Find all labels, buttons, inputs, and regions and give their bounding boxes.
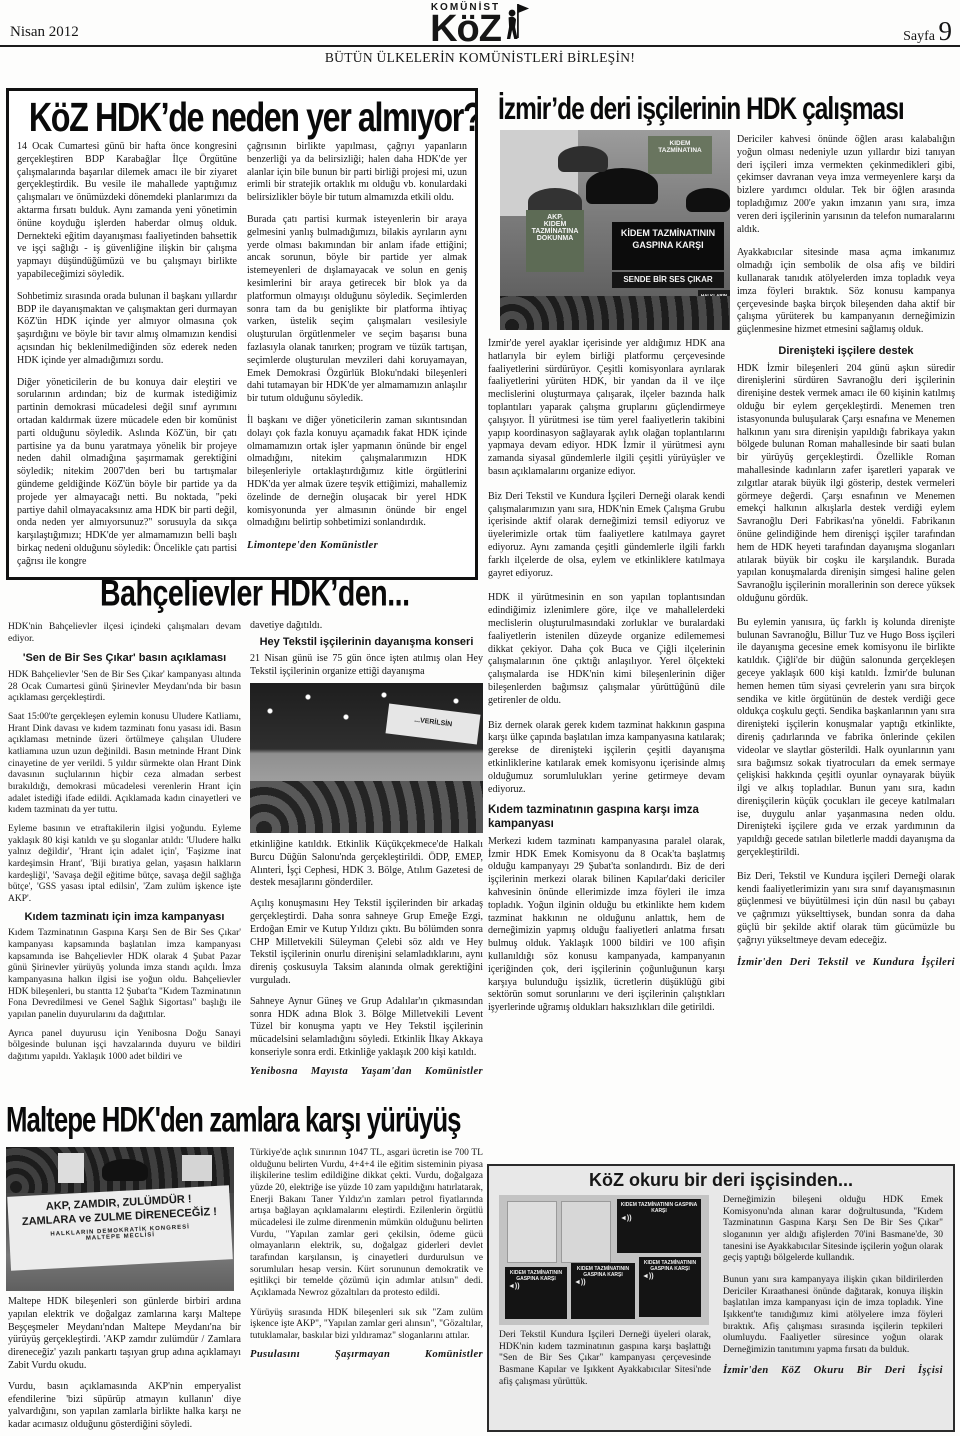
subheadline: Hey Tekstil işçilerinin dayanışma konser…	[250, 636, 483, 649]
box-deri-iscisi: KöZ okuru bir deri işçisinden... KIDEM T…	[487, 1164, 955, 1432]
campaign-poster: KIDEM TAZMİNATININ GASPINA KARŞI ◄))	[617, 1199, 701, 1253]
koz-column-1: 14 Ocak Cumartesi günü bir hafta önce ko…	[17, 141, 237, 571]
maltepe-march-photo: AKP, ZAMDIR, ZULÜMDÜR ! ZAMLARA ve ZULME…	[6, 1147, 234, 1291]
paragraph: Derneğimizin bileşeni olduğu HDK Emek Ko…	[723, 1195, 943, 1265]
poster-text: KIDEM TAZMİNATININ GASPINA KARŞI	[577, 1266, 629, 1278]
paragraph: Bu eylemin yanısıra, üç farklı iş kolund…	[737, 617, 955, 860]
paragraph: davetiye dağıtıldı.	[250, 620, 483, 633]
umbrella-shape	[558, 146, 608, 172]
photo-banner-gaspina: KİDEM TAZMİNATININ GASPINA KARŞI	[612, 222, 724, 270]
paragraph: İl başkanı ve diğer yöneticilerin zaman …	[247, 415, 467, 530]
paragraph: Saat 15:00'te gerçekleşen eylemin konusu…	[8, 712, 241, 817]
poster-text: KIDEM TAZMİNATININ GASPINA KARŞI	[644, 1260, 696, 1272]
photo-crowd-heads	[250, 781, 483, 833]
paragraph: İzmir'de yerel ayaklar içerisinde yer al…	[488, 338, 725, 479]
light-poster	[561, 1201, 611, 1263]
article-signature: İzmir'den KöZ Okuru Bir Deri İşçisi	[723, 1365, 943, 1378]
paragraph: Yürüyüş sırasında HDK bileşenleri sık sı…	[250, 1308, 483, 1343]
speaker-icon: ◄))	[620, 1215, 698, 1224]
photo-banner-sende: SENDE BİR SES ÇIKAR	[612, 272, 724, 288]
maltepe-column-2: Türkiye'de açlık sınırının 1047 TL, asga…	[250, 1148, 483, 1434]
paragraph: Vurdu, basın açıklamasında AKP'nin emper…	[8, 1381, 241, 1432]
maltepe-column-1: Maltepe HDK bileşenleri son günlerde bir…	[8, 1296, 241, 1434]
paragraph: HDK il yürütmesinin en son yapılan topla…	[488, 592, 725, 707]
box-column-left: KIDEM TAZMİNATININ GASPINA KARŞI ◄)) KID…	[499, 1195, 711, 1397]
bahcelievler-column-1: HDK'nin Bahçelievler ilçesi içindeki çal…	[8, 622, 241, 1096]
paragraph: Deri Tekstil Kundura İşçileri Derneği üy…	[499, 1330, 711, 1388]
poster-text: KIDEM TAZMİNATININ GASPINA KARŞI	[621, 1202, 697, 1214]
photo-banner-maltepe: AKP, ZAMDIR, ZULÜMDÜR ! ZAMLARA ve ZULME…	[7, 1185, 233, 1271]
paragraph: Biz Deri, Tekstil ve Kundura işçileri De…	[737, 871, 955, 948]
light-poster	[507, 1201, 557, 1263]
paragraph: Diğer yöneticilerin de bu konuya dair el…	[17, 377, 237, 569]
paragraph: Ayakkabıcılar sitesinde masa açma imkanı…	[737, 247, 955, 337]
paragraph: Sahneye Aynur Güneş ve Grup Adalılar'ın …	[250, 996, 483, 1060]
izmir-protest-photo: KIDEM TAZMİNATINA AKP, KIDEM TAZMİNATINA…	[500, 130, 730, 330]
article-headline: Bahçelievler HDK’den...	[100, 572, 410, 615]
poster-text: KIDEM TAZMİNATININ GASPINA KARŞI	[510, 1270, 562, 1282]
flag-bearer-icon	[504, 2, 530, 47]
article-maltepe-headline-wrap: Maltepe HDK'den zamlara karşı yürüyüş	[6, 1100, 478, 1144]
paragraph: Sohbetimiz sırasında orada bulunan il ba…	[17, 291, 237, 368]
paragraph: HDK İzmir bileşenleri 204 günü aşkın sür…	[737, 363, 955, 606]
campaign-poster: KIDEM TAZMİNATININ GASPINA KARŞI ◄))	[505, 1267, 567, 1319]
paragraph: Biz Deri Tekstil ve Kundura İşçileri Der…	[488, 491, 725, 581]
photo-placard	[58, 1153, 84, 1183]
photo-placard	[182, 1155, 212, 1181]
koz-column-2: çağrısının birlikte yapılması, çağrıyı y…	[247, 141, 467, 571]
article-headline: Maltepe HDK'den zamlara karşı yürüyüş	[6, 1100, 461, 1140]
box-title: KöZ okuru bir deri işçisinden...	[499, 1170, 943, 1191]
paragraph: Kıdem Tazminatının Gaspına Karşı Sen de …	[8, 928, 241, 1021]
article-headline: KöZ HDK’de neden yer almıyor?	[29, 95, 478, 142]
izmir-column-right: Dericiler kahvesi önünde öğlen arası kal…	[737, 134, 955, 1158]
masthead-title: KöZ	[430, 13, 501, 45]
newspaper-page: { "header": { "date": "Nisan 2012", "pag…	[0, 0, 960, 1436]
paragraph: 14 Ocak Cumartesi günü bir hafta önce ko…	[17, 141, 237, 282]
paragraph: Maltepe HDK bileşenleri son günlerde bir…	[8, 1296, 241, 1373]
article-izmir-headline-wrap: İzmir’de deri işçilerinin HDK çalışması	[498, 90, 958, 130]
paragraph: Dericiler kahvesi önünde öğlen arası kal…	[737, 134, 955, 236]
subheadline: Kıdem tazminatının gaspına karşı imza ka…	[488, 804, 725, 830]
slogan: BÜTÜN ÜLKELERİN KOMÜNİSTLERİ BİRLEŞİN!	[0, 50, 960, 66]
paragraph: Açılış konuşmasını Hey Tekstil işçilerin…	[250, 898, 483, 988]
photo-placard-akp: AKP, KIDEM TAZMİNATINA DOKUNMA	[526, 210, 584, 272]
paragraph: Biz dernek olarak gerek kıdem tazminat h…	[488, 720, 725, 797]
paragraph: Eyleme basının ve etraftakilerin ilgisi …	[8, 824, 241, 906]
page-header: Nisan 2012 Sayfa 9 KOMÜNİST KöZ BÜTÜN ÜL…	[0, 0, 960, 70]
box-column-right: Derneğimizin bileşeni olduğu HDK Emek Ko…	[723, 1195, 943, 1397]
paragraph: Türkiye'de açlık sınırının 1047 TL, asga…	[250, 1148, 483, 1300]
paragraph: etkinliğine katıldık. Etkinlik Küçükçekm…	[250, 839, 483, 890]
speaker-icon: ◄))	[508, 1283, 564, 1292]
paragraph: Ayrıca panel duyurusu için Yenibosna Doğ…	[8, 1029, 241, 1064]
issue-date: Nisan 2012	[10, 24, 79, 41]
speaker-icon: ◄))	[574, 1279, 632, 1288]
paragraph: Bunun yanı sıra kampanyaya ilişkin çıkan…	[723, 1275, 943, 1357]
page-word: Sayfa	[903, 29, 935, 44]
article-koz-headline-wrap: KöZ HDK’de neden yer almıyor?	[17, 95, 467, 141]
subheadline: Direnişteki işçilere destek	[737, 345, 955, 358]
header-rule	[0, 45, 960, 47]
article-headline: İzmir’de deri işçilerinin HDK çalışması	[498, 90, 904, 127]
photo-placard-kidem: KIDEM TAZMİNATINA	[648, 136, 712, 174]
subheadline: Kıdem tazminatı için imza kampanyası	[8, 911, 241, 924]
article-signature: Yenibosna Mayısta Yaşam'dan Komünistler	[250, 1065, 483, 1078]
page-number: Sayfa 9	[903, 16, 952, 47]
paragraph: Burada çatı partisi kurmak isteyenlerin …	[247, 214, 467, 406]
article-bahcelievler-headline-wrap: Bahçelievler HDK’den...	[100, 572, 482, 616]
izmir-column-left: İzmir'de yerel ayaklar içerisinde yer al…	[488, 338, 725, 1160]
paragraph: çağrısının birlikte yapılması, çağrıyı y…	[247, 141, 467, 205]
campaign-poster: KIDEM TAZMİNATININ GASPINA KARŞI ◄))	[571, 1263, 635, 1319]
masthead: KOMÜNİST KöZ	[430, 2, 530, 47]
paragraph: 21 Nisan günü ise 75 gün önce işten atıl…	[250, 653, 483, 679]
article-koz-hdk: KöZ HDK’de neden yer almıyor? 14 Ocak Cu…	[6, 88, 478, 580]
speaker-icon: ◄))	[642, 1273, 698, 1282]
article-signature: Limontepe'den Komünistler	[247, 539, 467, 552]
paragraph: HDK Bahçelievler 'Sen de Bir Ses Çıkar' …	[8, 670, 241, 705]
article-signature: İzmir'den Deri Tekstil ve Kundura İşçile…	[737, 956, 955, 969]
paragraph: Merkezi kıdem tazminatı kampanyasına par…	[488, 836, 725, 1015]
bahcelievler-column-2: davetiye dağıtıldı. Hey Tekstil işçileri…	[250, 620, 483, 1096]
photo-crowd-heads	[500, 296, 730, 330]
umbrella-shape	[102, 1159, 148, 1181]
subheadline: 'Sen de Bir Ses Çıkar' basın açıklaması	[8, 652, 241, 665]
box-left-text: Deri Tekstil Kundura İşçileri Derneği üy…	[499, 1330, 711, 1397]
umbrella-shape	[686, 188, 730, 212]
posters-wall-photo: KIDEM TAZMİNATININ GASPINA KARŞI ◄)) KID…	[499, 1195, 709, 1325]
concert-hall-photo: ...VERİLSİN	[250, 683, 483, 833]
page-number-value: 9	[939, 16, 953, 46]
article-signature: Pusulasını Şaşırmayan Komünistler	[250, 1349, 483, 1362]
paragraph: HDK'nin Bahçelievler ilçesi içindeki çal…	[8, 622, 241, 645]
campaign-poster: KIDEM TAZMİNATININ GASPINA KARŞI ◄))	[639, 1257, 701, 1317]
